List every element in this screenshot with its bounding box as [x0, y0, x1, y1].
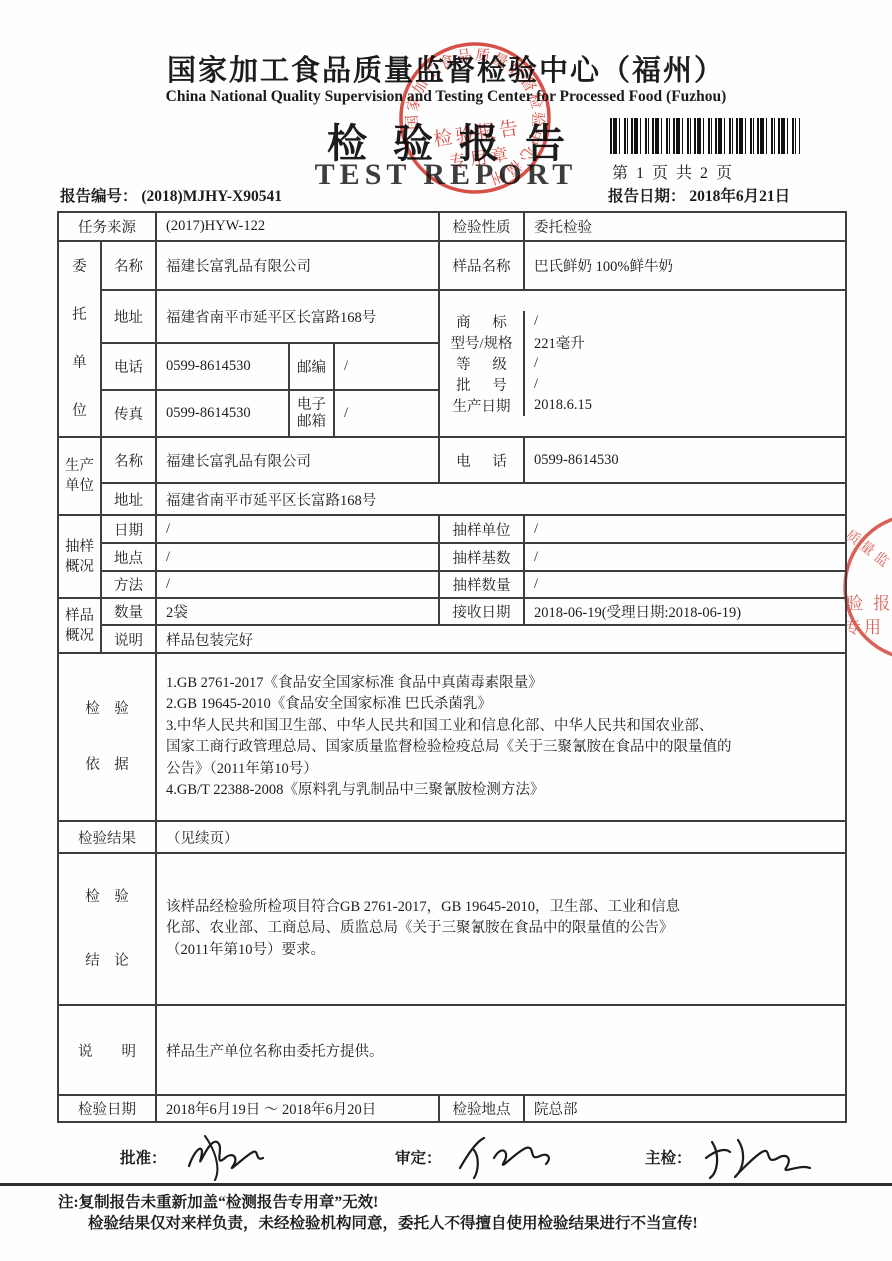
sample-info-block: 商 标 / 型号/规格 221毫升 等 级 / 批 号 / 生产日期 2018.… [439, 290, 846, 437]
table-row: 抽样 概况 日期 / 抽样单位 / [58, 515, 846, 543]
test-date-label: 检验日期 [58, 1095, 156, 1122]
remark-label: 说 明 [58, 1005, 156, 1095]
client-phone-value: 0599-8614530 [156, 343, 289, 390]
sample-name-value: 巴氏鲜奶 100%鲜牛奶 [524, 241, 846, 290]
approve-label: 批准： [120, 1146, 167, 1168]
producer-phone-value: 0599-8614530 [524, 437, 846, 483]
signature-row: 批准： 审定： 主检： [0, 1128, 892, 1183]
client-fax-value: 0599-8614530 [156, 390, 289, 437]
sampling-date-value: / [156, 515, 439, 543]
sample-name-label: 样品名称 [439, 241, 524, 290]
sampling-place-label: 地点 [101, 543, 156, 571]
footer-note-1: 注:复制报告未重新加盖“检测报告专用章”无效! [58, 1190, 378, 1212]
client-group-label: 委 托 单 位 [58, 241, 101, 437]
sample-note-label: 说明 [101, 625, 156, 653]
client-phone-label: 电话 [101, 343, 156, 390]
sampling-method-label: 方法 [101, 571, 156, 598]
email-value: / [334, 390, 439, 437]
table-row: 检 验 结 论 该样品经检验所检项目符合GB 2761-2017，GB 1964… [58, 853, 846, 1005]
svg-text:国家加工食品质量监督检验中心福州: 国家加工食品质量监督检验中心福州 [394, 37, 556, 198]
side-stamp-line2: 专用 [844, 618, 884, 637]
task-source-value: (2017)HYW-122 [156, 212, 439, 241]
grade-label: 等 级 [440, 353, 525, 374]
report-table: 任务来源 (2017)HYW-122 检验性质 委托检验 委 托 单 位 名称 … [57, 211, 847, 1123]
test-nature-value: 委托检验 [524, 212, 846, 241]
approve-signature [175, 1128, 295, 1183]
conclusion-label: 检 验 结 论 [58, 853, 156, 1005]
sampling-base-value: / [524, 543, 846, 571]
batch-value: / [525, 374, 845, 395]
sample-overview-group-label: 样品 概况 [58, 598, 101, 653]
table-row: 样品 概况 数量 2袋 接收日期 2018-06-19(受理日期:2018-06… [58, 598, 846, 625]
report-number: 报告编号： (2018)MJHY-X90541 [60, 184, 282, 206]
producer-address-label: 地址 [101, 483, 156, 515]
chief-signature [700, 1128, 830, 1183]
trademark-label: 商 标 [440, 311, 525, 332]
table-row: 说明 样品包装完好 [58, 625, 846, 653]
table-row: 任务来源 (2017)HYW-122 检验性质 委托检验 [58, 212, 846, 241]
sample-note-value: 样品包装完好 [156, 625, 846, 653]
producer-name-value: 福建长富乳品有限公司 [156, 437, 439, 483]
sample-qty-value: 2袋 [156, 598, 439, 625]
chief-label: 主检： [645, 1146, 692, 1168]
producer-phone-label: 电 话 [439, 437, 524, 483]
producer-group-label: 生产 单位 [58, 437, 101, 515]
client-name-label: 名称 [101, 241, 156, 290]
model-value: 221毫升 [525, 332, 845, 353]
sampling-group-label: 抽样 概况 [58, 515, 101, 598]
test-nature-label: 检验性质 [439, 212, 524, 241]
email-label: 电子 邮箱 [289, 390, 334, 437]
test-date-value: 2018年6月19日 ～ 2018年6月20日 [156, 1095, 439, 1122]
sample-qty-label: 数量 [101, 598, 156, 625]
footer-note-2: 检验结果仅对来样负责，未经检验机构同意，委托人不得擅自使用检验结果进行不当宣传! [88, 1211, 698, 1233]
sampling-method-value: / [156, 571, 439, 598]
table-row: 生产 单位 名称 福建长富乳品有限公司 电 话 0599-8614530 [58, 437, 846, 483]
page-number: 第 1 页 共 2 页 [612, 160, 734, 183]
trademark-value: / [525, 311, 845, 332]
sampling-unit-value: / [524, 515, 846, 543]
remark-content: 样品生产单位名称由委托方提供。 [156, 1005, 846, 1095]
review-signature [450, 1128, 570, 1183]
table-row: 委 托 单 位 名称 福建长富乳品有限公司 样品名称 巴氏鲜奶 100%鲜牛奶 [58, 241, 846, 290]
side-stamp-line1: 验 报 [846, 594, 892, 613]
basis-content: 1.GB 2761-2017《食品安全国家标准 食品中真菌毒素限量》 2.GB … [156, 653, 846, 821]
table-row: 地点 / 抽样基数 / [58, 543, 846, 571]
test-report-page: 国家加工食品质量监督检验中心（福州） China National Qualit… [0, 0, 892, 1261]
sampling-unit-label: 抽样单位 [439, 515, 524, 543]
sampling-date-label: 日期 [101, 515, 156, 543]
grade-value: / [525, 353, 845, 374]
model-label: 型号/规格 [440, 332, 525, 353]
result-label: 检验结果 [58, 821, 156, 853]
table-row: 地址 福建省南平市延平区长富路168号 [58, 483, 846, 515]
receive-date-label: 接收日期 [439, 598, 524, 625]
footer-divider [0, 1183, 892, 1186]
basis-label: 检 验 依 据 [58, 653, 156, 821]
postcode-value: / [334, 343, 439, 390]
client-name-value: 福建长富乳品有限公司 [156, 241, 439, 290]
sampling-base-label: 抽样基数 [439, 543, 524, 571]
table-row: 说 明 样品生产单位名称由委托方提供。 [58, 1005, 846, 1095]
test-place-label: 检验地点 [439, 1095, 524, 1122]
table-row: 检验日期 2018年6月19日 ～ 2018年6月20日 检验地点 院总部 [58, 1095, 846, 1122]
barcode [610, 118, 800, 154]
client-fax-label: 传真 [101, 390, 156, 437]
producer-name-label: 名称 [101, 437, 156, 483]
prod-date-label: 生产日期 [440, 395, 525, 416]
stamp-ring-text: 国家加工食品质量监督检验中心福州 [394, 37, 556, 198]
receive-date-value: 2018-06-19(受理日期:2018-06-19) [524, 598, 846, 625]
table-row: 地址 福建省南平市延平区长富路168号 商 标 / 型号/规格 221毫升 等 … [58, 290, 846, 343]
conclusion-content: 该样品经检验所检项目符合GB 2761-2017，GB 19645-2010，卫… [156, 853, 846, 1005]
client-address-value: 福建省南平市延平区长富路168号 [156, 290, 439, 343]
sample-info-grid: 商 标 / 型号/规格 221毫升 等 级 / 批 号 / 生产日期 2018.… [440, 311, 845, 416]
table-row: 方法 / 抽样数量 / [58, 571, 846, 598]
client-address-label: 地址 [101, 290, 156, 343]
report-date: 报告日期： 2018年6月21日 [608, 184, 790, 206]
sampling-qty-value: / [524, 571, 846, 598]
sampling-qty-label: 抽样数量 [439, 571, 524, 598]
table-row: 检 验 依 据 1.GB 2761-2017《食品安全国家标准 食品中真菌毒素限… [58, 653, 846, 821]
side-stamp-partial: 质量监 验 报 专用 [842, 503, 892, 673]
producer-address-value: 福建省南平市延平区长富路168号 [156, 483, 846, 515]
sampling-place-value: / [156, 543, 439, 571]
task-source-label: 任务来源 [58, 212, 156, 241]
result-content: （见续页） [156, 821, 846, 853]
test-place-value: 院总部 [524, 1095, 846, 1122]
prod-date-value: 2018.6.15 [525, 395, 845, 416]
official-stamp: 国家加工食品质量监督检验中心福州 检验报告 专用章 [382, 28, 568, 206]
table-row: 检验结果 （见续页） [58, 821, 846, 853]
postcode-label: 邮编 [289, 343, 334, 390]
batch-label: 批 号 [440, 374, 525, 395]
review-label: 审定： [395, 1146, 442, 1168]
